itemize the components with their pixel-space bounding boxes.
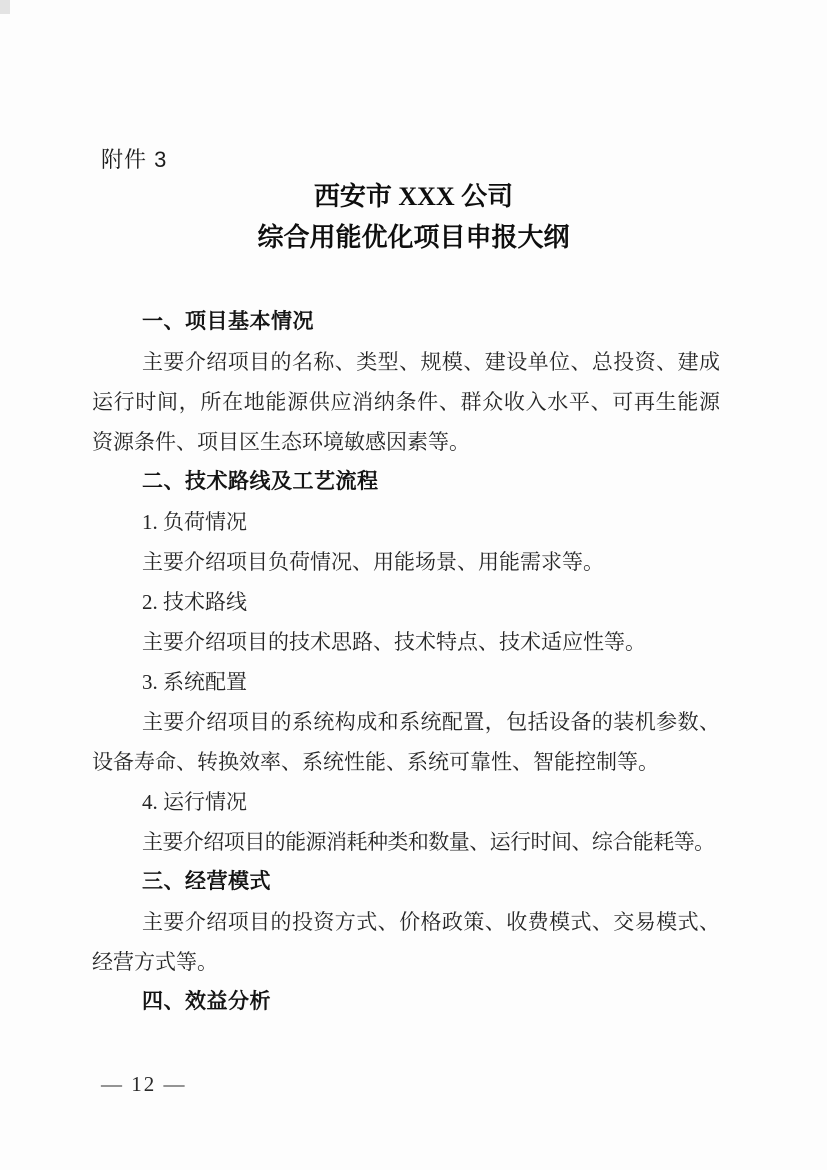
section-paragraph: 主要介绍项目的技术思路、技术特点、技术适应性等。 <box>92 622 720 662</box>
document-page: 附件 3 西安市 XXX 公司 综合用能优化项目申报大纲 一、项目基本情况 主要… <box>0 0 827 1170</box>
attachment-label: 附件 3 <box>101 143 167 174</box>
section-paragraph: 主要介绍项目负荷情况、用能场景、用能需求等。 <box>92 542 720 582</box>
subitem-3: 3. 系统配置 <box>92 662 720 702</box>
page-number: — 12 — <box>101 1064 187 1104</box>
section-heading-4: 四、效益分析 <box>92 982 720 1022</box>
subitem-1: 1. 负荷情况 <box>92 502 720 542</box>
section-paragraph: 主要介绍项目的系统构成和系统配置，包括设备的装机参数、设备寿命、转换效率、系统性… <box>92 702 720 782</box>
scan-corner-artifact <box>0 0 10 14</box>
document-subtitle: 综合用能优化项目申报大纲 <box>0 217 827 258</box>
section-paragraph: 主要介绍项目的名称、类型、规模、建设单位、总投资、建成运行时间，所在地能源供应消… <box>92 342 720 462</box>
document-title: 西安市 XXX 公司 <box>0 176 827 217</box>
section-paragraph: 主要介绍项目的能源消耗种类和数量、运行时间、综合能耗等。 <box>92 822 720 862</box>
document-body: 一、项目基本情况 主要介绍项目的名称、类型、规模、建设单位、总投资、建成运行时间… <box>92 302 720 1022</box>
section-heading-3: 三、经营模式 <box>92 862 720 902</box>
section-heading-2: 二、技术路线及工艺流程 <box>92 462 720 502</box>
subitem-4: 4. 运行情况 <box>92 782 720 822</box>
subitem-2: 2. 技术路线 <box>92 582 720 622</box>
section-paragraph: 主要介绍项目的投资方式、价格政策、收费模式、交易模式、经营方式等。 <box>92 902 720 982</box>
section-heading-1: 一、项目基本情况 <box>92 302 720 342</box>
title-block: 西安市 XXX 公司 综合用能优化项目申报大纲 <box>0 176 827 258</box>
